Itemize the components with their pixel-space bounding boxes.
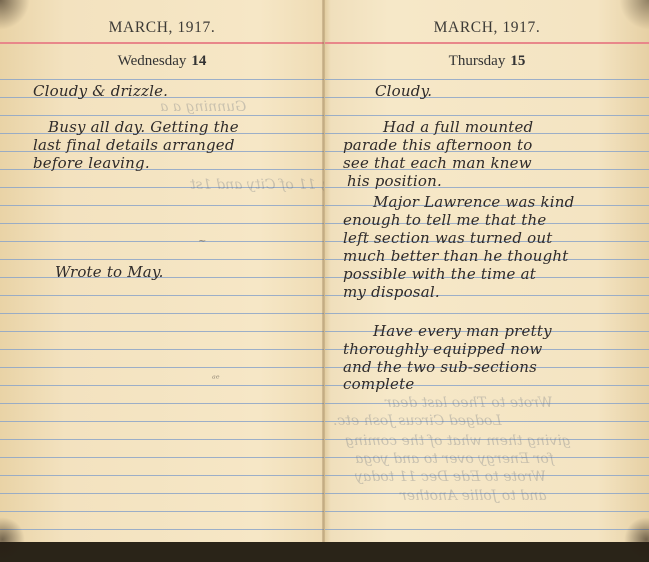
bleed-through-text: for Energy over to and yoga	[355, 450, 554, 468]
entry-line: much better than he thought	[343, 247, 569, 265]
ink-mark: ᵃᵉ	[212, 374, 220, 385]
day-number: 14	[191, 53, 206, 69]
bleed-through-text: Lodged Circus Josh etc.	[333, 412, 502, 430]
month-header: MARCH, 1917.	[325, 19, 649, 37]
bleed-through-text: Wrote to Theo last dear	[385, 394, 553, 412]
entry-line: Cloudy.	[375, 82, 432, 100]
bleed-through-text: Battery, 11 of City and 1st	[190, 176, 324, 194]
entry-line: before leaving.	[33, 154, 150, 172]
entry-line: last final details arranged	[33, 136, 235, 154]
entry-line: Had a full mounted	[383, 118, 533, 136]
entry-line: Wrote to May.	[55, 263, 164, 281]
entry-line: Busy all day. Getting the	[48, 118, 239, 136]
ink-mark: ~	[198, 236, 206, 247]
entry-line: my disposal.	[343, 283, 440, 301]
weekday: Thursday	[449, 53, 506, 69]
day-number: 15	[510, 53, 525, 69]
red-header-rule	[325, 42, 649, 44]
entry-line: his position.	[347, 172, 442, 190]
left-page: MARCH, 1917. Wednesday14 Cloudy & drizzl…	[0, 0, 324, 542]
red-header-rule	[0, 42, 324, 44]
bleed-through-text: Wrote to Ede Dec 11 today	[355, 468, 546, 486]
bleed-through-text: and to Jollie Another	[400, 487, 547, 505]
month-header: MARCH, 1917.	[0, 19, 324, 37]
entry-line: see that each man knew	[343, 154, 532, 172]
bleed-through-text: giving them what of the coming	[345, 432, 571, 450]
entry-line: possible with the time at	[343, 265, 536, 283]
entry-line: complete	[343, 375, 414, 393]
entry-line: Have every man pretty	[373, 322, 552, 340]
entry-line: left section was turned out	[343, 229, 552, 247]
entry-line: parade this afternoon to	[343, 136, 532, 154]
right-page: MARCH, 1917. Thursday15 Cloudy. Had a fu…	[325, 0, 649, 542]
weekday: Wednesday	[118, 53, 187, 69]
diary-spread: MARCH, 1917. Wednesday14 Cloudy & drizzl…	[0, 0, 649, 542]
entry-line: Major Lawrence was kind	[373, 193, 574, 211]
entry-line: and the two sub-sections	[343, 358, 537, 376]
day-header: Wednesday14	[0, 53, 324, 70]
entry-line: enough to tell me that the	[343, 211, 546, 229]
entry-line: Cloudy & drizzle.	[33, 82, 168, 100]
day-header: Thursday15	[325, 53, 649, 70]
entry-line: thoroughly equipped now	[343, 340, 542, 358]
bleed-through-text: Gunning a a	[160, 98, 246, 116]
